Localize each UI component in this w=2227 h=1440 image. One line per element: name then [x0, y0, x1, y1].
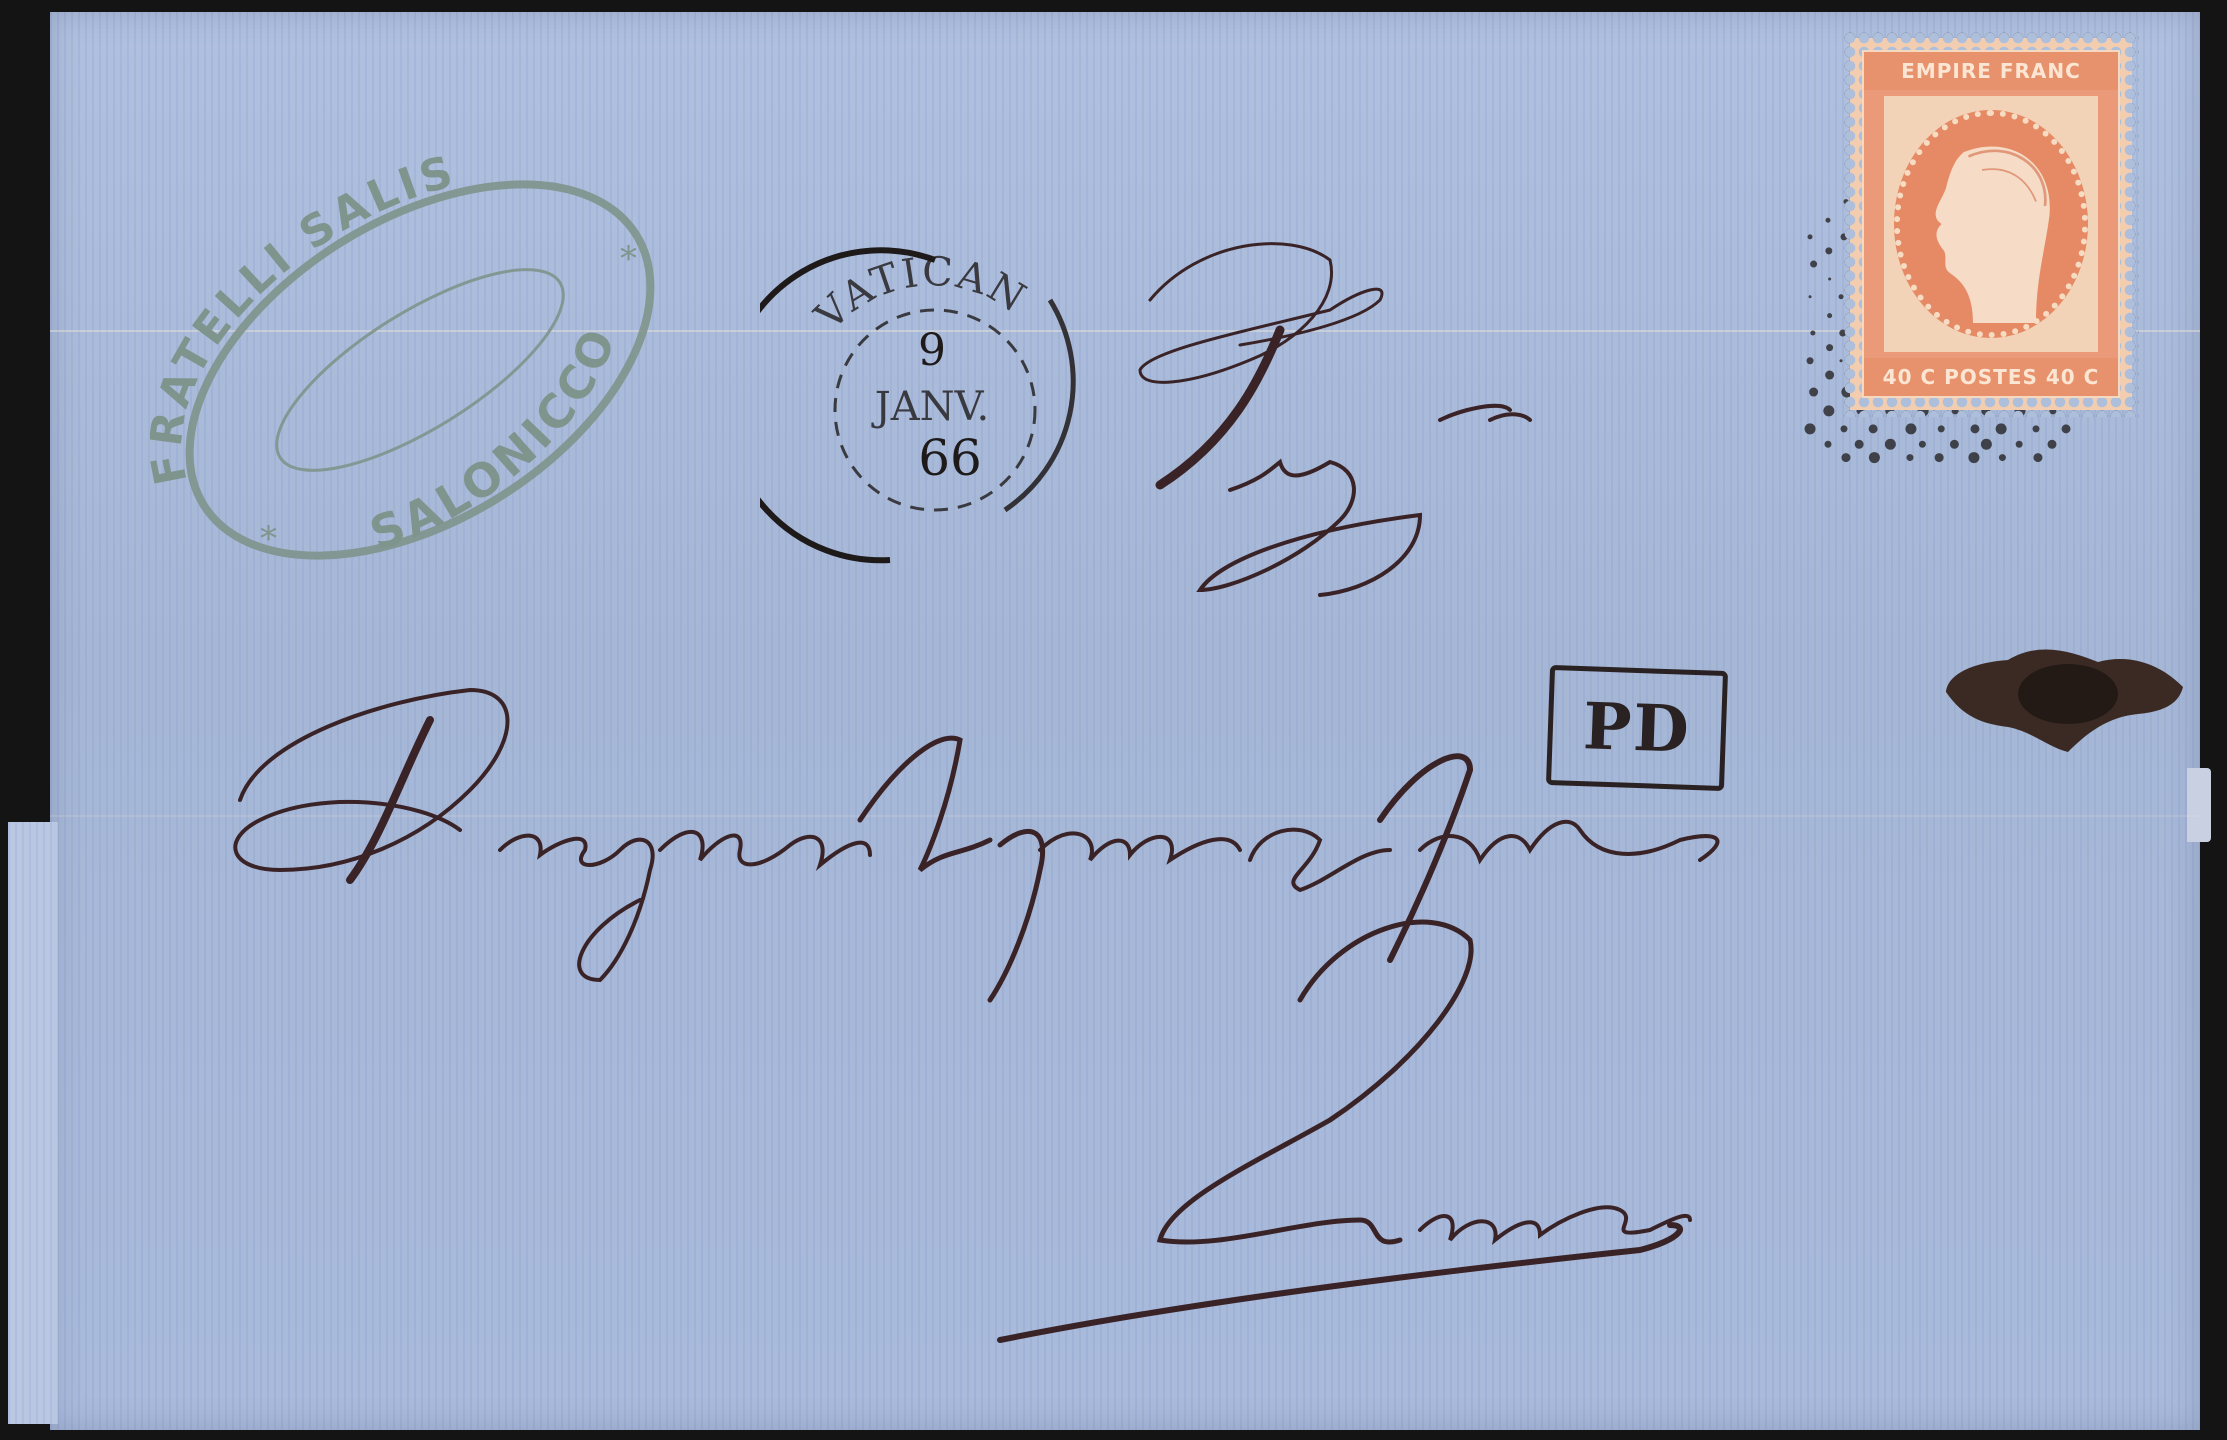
cachet-top-text: FRATELLI SALIS — [150, 146, 462, 489]
svg-text:FRATELLI SALIS: FRATELLI SALIS — [150, 146, 462, 489]
stamp-top-label: EMPIRE FRANC — [1864, 52, 2118, 90]
cachet-bottom-text: SALONICCO — [363, 319, 627, 561]
cachet-ornament-right: * — [620, 239, 637, 279]
portrait-profile-icon — [1900, 116, 2082, 332]
postmark-year: 66 — [918, 429, 982, 487]
fold-crease — [50, 815, 2200, 817]
folded-flap — [8, 822, 58, 1424]
postmark-day: 9 — [918, 325, 946, 376]
stamp-medallion — [1894, 110, 2088, 338]
svg-text:SALONICCO: SALONICCO — [363, 319, 627, 561]
oval-cachet: FRATELLI SALIS SALONICCO * * — [150, 140, 690, 600]
cachet-ornament-left: * — [260, 519, 277, 559]
pd-text: PD — [1582, 689, 1692, 768]
pd-handstamp: PD — [1546, 665, 1728, 791]
postage-stamp: EMPIRE FRANC 40 C POSTES 40 C — [1850, 38, 2132, 410]
postmark-month: JANV. — [871, 384, 990, 430]
circular-date-postmark: VATICAN 9 JANV. 66 — [760, 240, 1100, 580]
stamp-bottom-label: 40 C POSTES 40 C — [1864, 358, 2118, 396]
wax-seal-remnant — [1938, 632, 2188, 762]
paper-tab — [2187, 768, 2211, 842]
